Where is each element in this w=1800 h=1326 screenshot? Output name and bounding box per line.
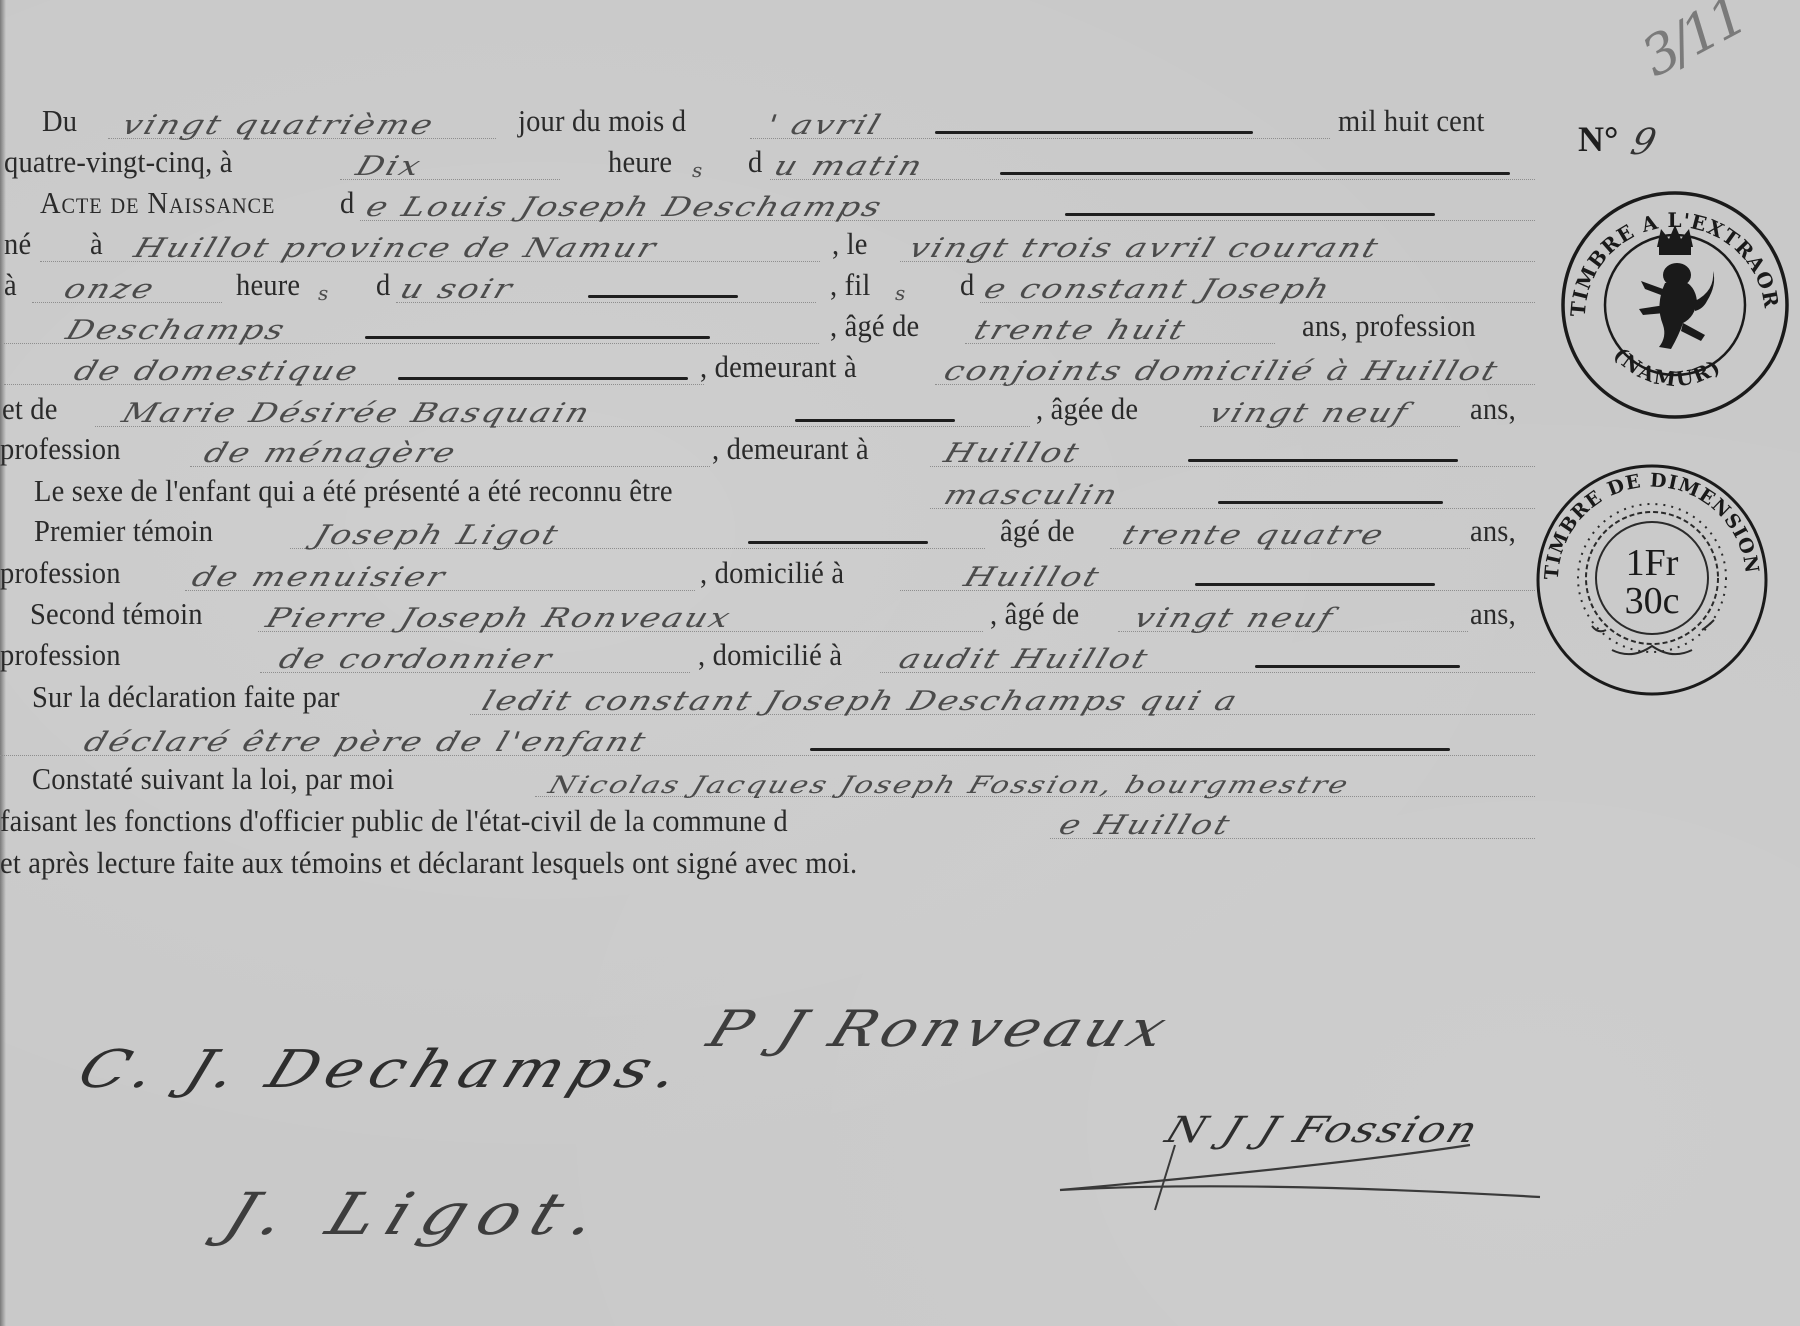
fill-line [396,302,816,303]
label-ne: né [4,226,31,262]
hand-declarant-relation: déclaré être père de l'enfant [80,727,652,758]
hand-birthplace: Huillot province de Namur [130,233,662,264]
stamp-bottom-text: (NAMUR) [1609,342,1726,391]
label-le: , le [832,226,868,262]
label-fils: , fil [830,267,871,303]
hand-first-witness-profession: de menuisier [188,562,451,593]
strike-rule [365,336,710,339]
hand-first-witness-name: Joseph Ligot [310,520,564,551]
hand-father-age: trente huit [970,315,1191,346]
hand-child-name: e Louis Joseph Deschamps [362,192,887,223]
label-ans: ans, [1470,596,1516,632]
label-sur-la-declaration: Sur la déclaration faite par [32,679,340,715]
label-et-de: et de [2,391,58,427]
strike-rule [935,131,1253,134]
label-ans-profession: ans, profession [1302,308,1476,344]
form-line-second-witness: Second témoin Pierre Joseph Ronveaux , â… [0,593,1540,640]
form-line-birth-hour: à onze heure s d u soir , fil s d e cons… [0,264,1540,311]
label-domicilie-a: , domicilié à [700,555,844,591]
label-acte-de-naissance: Acte de Naissance [40,185,275,221]
form-line-closing: et après lecture faite aux témoins et dé… [0,842,1540,889]
label-a: à [4,267,17,303]
form-line-acte: Acte de Naissance d e Louis Joseph Desch… [0,182,1540,229]
hand-heure-suffix: s [692,158,704,182]
label-a: à [90,226,103,262]
hand-heure-suffix: s [318,281,330,305]
label-age-de: , âgé de [990,596,1079,632]
hand-second-witness-profession: de cordonnier [275,644,558,675]
form-line-mother-profession: profession de ménagère , demeurant à Hui… [0,428,1540,475]
signature-second-witness: P J Ronveaux [700,1000,1179,1058]
label-jour-du-mois: jour du mois d [518,103,686,139]
hand-period: u matin [770,151,928,182]
form-line-father-profession: de domestique , demeurant à conjoints do… [0,346,1540,393]
strike-rule [1195,583,1435,586]
fill-line [750,138,1330,139]
label-de: d [960,267,974,303]
label-premier-temoin: Premier témoin [34,513,213,549]
hand-first-witness-age: trente quatre [1118,520,1389,551]
form-line-first-witness: Premier témoin Joseph Ligot âgé de trent… [0,510,1540,557]
label-profession: profession [0,555,121,591]
form-line-hour: quatre-vingt-cinq, à Dix heure s d u mat… [0,141,1540,188]
strike-rule [748,541,928,544]
pencil-margin-note: 3/11 [1631,0,1754,89]
label-du: Du [42,103,77,139]
label-demeurant-a: , demeurant à [712,431,869,467]
hand-mother-age: vingt neuf [1205,398,1414,429]
label-heure: heure [236,267,300,303]
label-demeurant-a: , demeurant à [700,349,857,385]
hand-first-witness-residence: Huillot [960,562,1105,593]
stamp-timbre-de-dimension: TIMBRE DE DIMENSION 1Fr 30c [1532,460,1772,700]
stamp-value-centimes: 30c [1625,580,1680,622]
label-d: d [376,267,390,303]
document-page: 3/11 N° 9 Du vingt quatrième jour du moi… [0,0,1800,1326]
strike-rule [1000,172,1510,175]
hand-second-witness-residence: audit Huillot [895,644,1154,675]
signature-officer-flourish [1040,1135,1560,1215]
form-line-declaration: Sur la déclaration faite par ledit const… [0,676,1540,723]
hand-mother-residence: Huillot [940,438,1085,469]
label-second-temoin: Second témoin [30,596,203,632]
hand-fils-suffix: s [895,281,907,305]
hand-commune: e Huillot [1055,810,1236,841]
label-profession: profession [0,431,121,467]
label-ans: ans, [1470,391,1516,427]
label-d: d [340,185,354,221]
fill-line [770,179,1535,180]
label-mil-huit-cent: mil huit cent [1338,103,1485,139]
hand-month: ' avril [762,110,887,141]
form-line-father-age: Deschamps , âgé de trente huit ans, prof… [0,305,1540,352]
svg-text:(NAMUR): (NAMUR) [1609,342,1726,391]
stamp-value-francs: 1Fr [1626,542,1679,584]
hand-declarant: ledit constant Joseph Deschamps qui a [478,686,1243,717]
record-number-label: N° [1578,118,1618,160]
hand-father-profession: de domestique [70,356,364,387]
strike-rule [1255,665,1460,668]
strike-rule [795,419,955,422]
hand-second-witness-age: vingt neuf [1130,603,1339,634]
label-age-de: âgé de [1000,513,1075,549]
lion-rampant-icon [1639,263,1714,349]
hand-father-residence: conjoints domicilié à Huillot [940,356,1503,387]
stamp-timbre-extraordinaire: TIMBRE A L'EXTRAORDINAIRE (NAMUR) [1555,185,1795,425]
hand-father-name: e constant Joseph [980,274,1336,305]
signature-first-witness: J. Ligot. [215,1180,620,1248]
hand-birth-period: u soir [396,274,518,305]
hand-officer-name: Nicolas Jacques Joseph Fossion, bourgmes… [545,771,1354,799]
hand-day: vingt quatrième [118,110,439,141]
label-age-de: , âgé de [830,308,919,344]
strike-rule [810,748,1450,751]
strike-rule [398,377,688,380]
label-constate: Constaté suivant la loi, par moi [32,761,394,797]
form-line-birthplace: né à Huillot province de Namur , le ving… [0,223,1540,270]
label-heure: heure [608,144,672,180]
form-line-second-witness-profession: profession de cordonnier , domicilié à a… [0,634,1540,681]
strike-rule [1188,459,1458,462]
signature-father: C. J. Dechamps. [70,1040,695,1100]
record-number: 9 [1627,122,1661,163]
label-d: d [748,144,762,180]
hand-hour: Dix [352,151,426,182]
hand-birth-date: vingt trois avril courant [905,233,1384,264]
form-line-first-witness-profession: profession de menuisier , domicilié à Hu… [0,552,1540,599]
form-line-officer: Constaté suivant la loi, par moi Nicolas… [0,758,1540,805]
hand-second-witness-name: Pierre Joseph Ronveaux [262,603,736,634]
hand-mother-name: Marie Désirée Basquain [118,398,596,429]
label-profession: profession [0,637,121,673]
hand-birth-hour: onze [60,274,160,305]
form-line-commune: faisant les fonctions d'officier public … [0,800,1540,847]
form-line-date: Du vingt quatrième jour du mois d ' avri… [0,100,1540,147]
strike-rule [1065,213,1435,216]
hand-sex: masculin [940,480,1123,511]
form-line-declaration-cont: déclaré être père de l'enfant [0,717,1540,764]
hand-father-surname: Deschamps [62,315,291,346]
hand-mother-profession: de ménagère [200,438,461,469]
label-faisant-les-fonctions: faisant les fonctions d'officier public … [0,803,788,839]
label-year-hour: quatre-vingt-cinq, à [4,144,233,180]
strike-rule [1218,501,1443,504]
strike-rule [588,295,738,298]
label-ans: ans, [1470,513,1516,549]
label-sex-statement: Le sexe de l'enfant qui a été présenté a… [34,473,673,509]
label-domicilie-a: , domicilié à [698,637,842,673]
label-agee-de: , âgée de [1036,391,1138,427]
label-closing-statement: et après lecture faite aux témoins et dé… [0,845,857,881]
